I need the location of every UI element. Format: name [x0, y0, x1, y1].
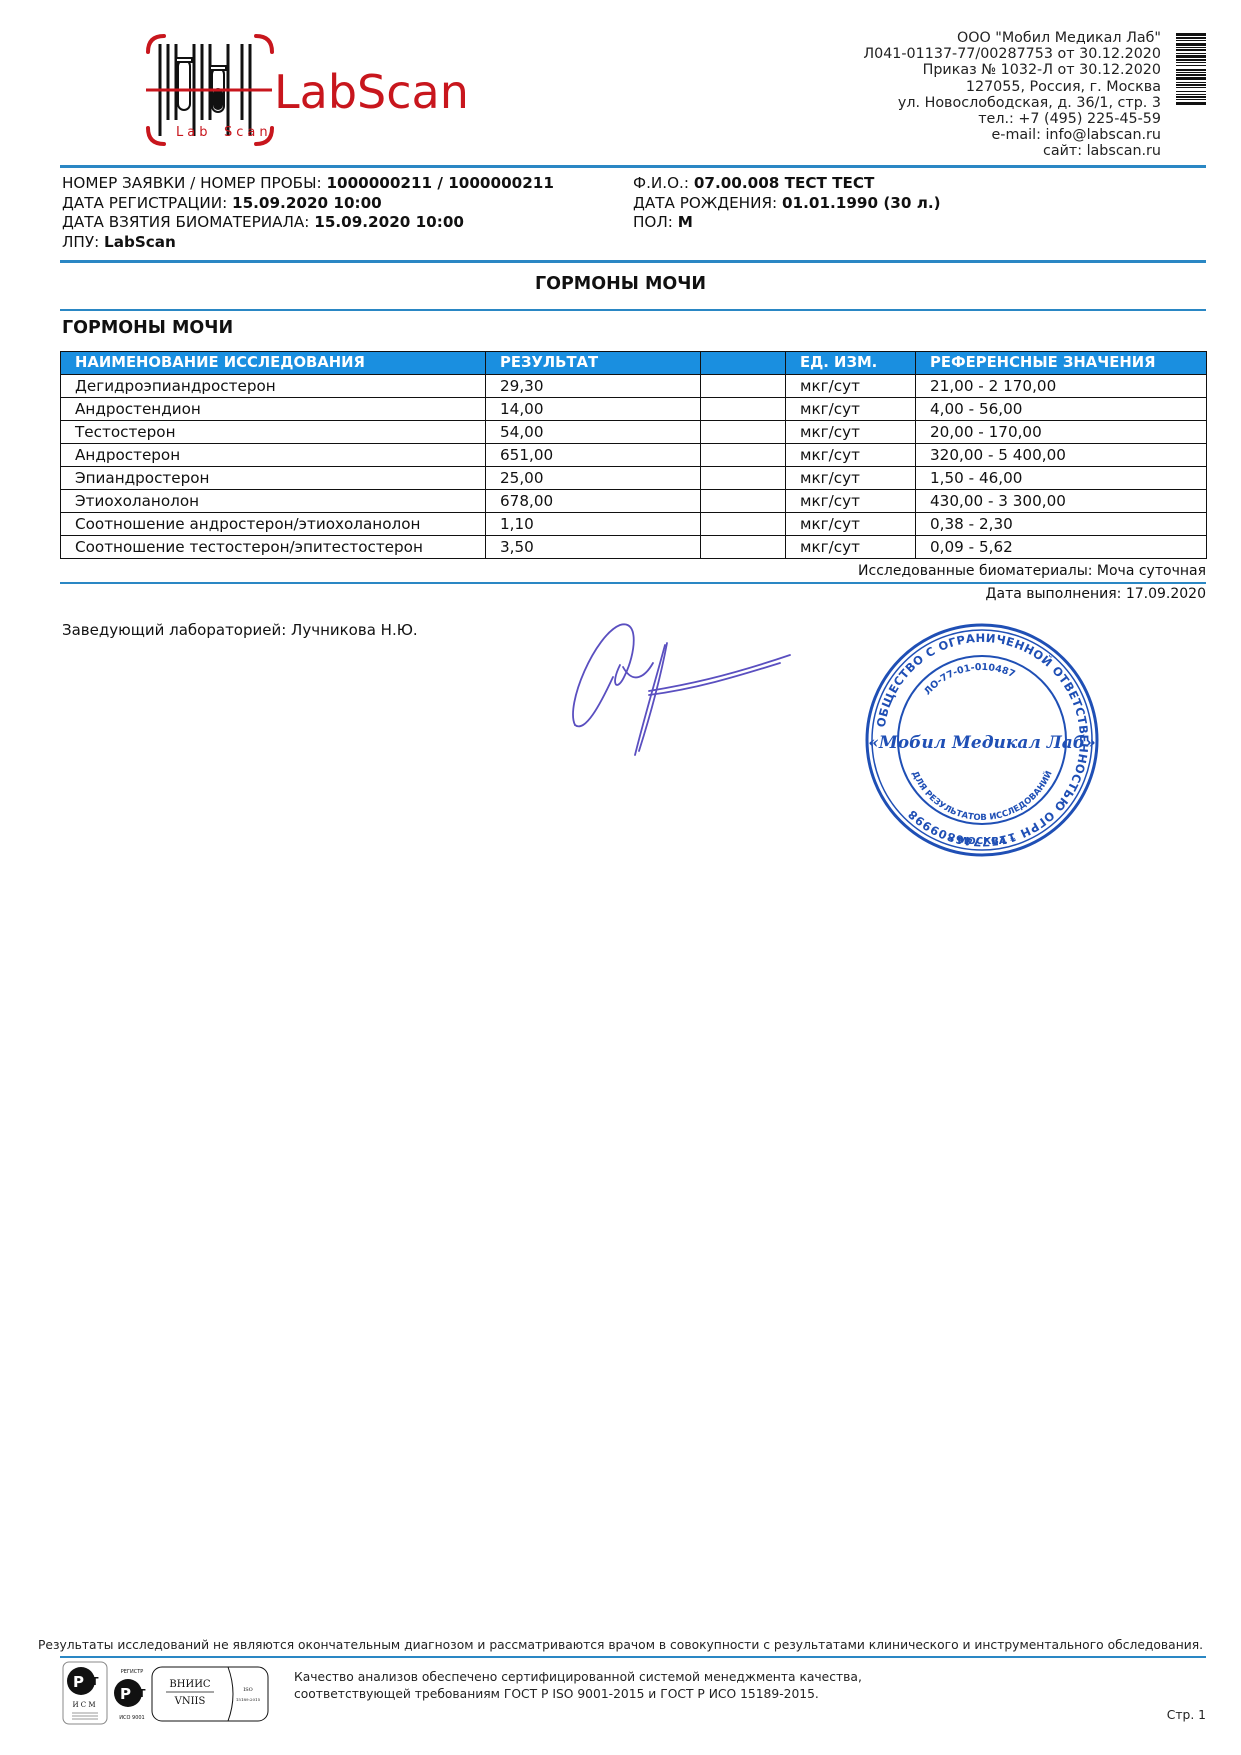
- table-row: Андростендион14,00мкг/сут4,00 - 56,00: [61, 398, 1207, 421]
- disclaimer: Результаты исследований не являются окон…: [0, 1638, 1241, 1652]
- svg-text:РЕГИСТР: РЕГИСТР: [121, 1669, 144, 1675]
- quality-statement: Качество анализов обеспечено сертифициро…: [294, 1669, 862, 1703]
- cell-unit: мкг/сут: [786, 421, 916, 444]
- svg-text:15189:2015: 15189:2015: [236, 1697, 261, 1702]
- cell-reference: 4,00 - 56,00: [916, 398, 1207, 421]
- cell-reference: 320,00 - 5 400,00: [916, 444, 1207, 467]
- table-row: Дегидроэпиандростерон29,30мкг/сут21,00 -…: [61, 375, 1207, 398]
- cell-result: 29,30: [486, 375, 701, 398]
- header-divider: [60, 165, 1206, 168]
- cell-name: Эпиандростерон: [61, 467, 486, 490]
- cell-unit: мкг/сут: [786, 467, 916, 490]
- cell-flag: [701, 398, 786, 421]
- cell-unit: мкг/сут: [786, 490, 916, 513]
- cell-reference: 20,00 - 170,00: [916, 421, 1207, 444]
- cell-unit: мкг/сут: [786, 398, 916, 421]
- table-row: Эпиандростерон25,00мкг/сут1,50 - 46,00: [61, 467, 1207, 490]
- cell-flag: [701, 490, 786, 513]
- footer-divider: [60, 1656, 1206, 1658]
- column-header-unit: ЕД. ИЗМ.: [786, 352, 916, 375]
- signature-icon: [565, 615, 795, 765]
- cell-result: 54,00: [486, 421, 701, 444]
- column-header-reference: РЕФЕРЕНСНЫЕ ЗНАЧЕНИЯ: [916, 352, 1207, 375]
- vniis-logo-icon: ВНИИС VNIIS ISO 15189:2015: [152, 1667, 268, 1721]
- cell-reference: 1,50 - 46,00: [916, 467, 1207, 490]
- org-line: ул. Новослободская, д. 36/1, стр. 3: [863, 95, 1161, 111]
- patient-info: Ф.И.О.: 07.00.008 ТЕСТ ТЕСТ ДАТА РОЖДЕНИ…: [633, 174, 941, 233]
- cell-reference: 0,09 - 5,62: [916, 536, 1207, 559]
- cell-name: Этиохоланолон: [61, 490, 486, 513]
- table-header-row: НАИМЕНОВАНИЕ ИССЛЕДОВАНИЯ РЕЗУЛЬТАТ ЕД. …: [61, 352, 1207, 375]
- cell-reference: 21,00 - 2 170,00: [916, 375, 1207, 398]
- facility: ЛПУ: LabScan: [62, 233, 554, 253]
- cell-unit: мкг/сут: [786, 513, 916, 536]
- registration-date: ДАТА РЕГИСТРАЦИИ: 15.09.2020 10:00: [62, 194, 554, 214]
- order-number: НОМЕР ЗАЯВКИ / НОМЕР ПРОБЫ: 1000000211 /…: [62, 174, 554, 194]
- cell-unit: мкг/сут: [786, 444, 916, 467]
- svg-text:Lab: Lab: [176, 125, 211, 140]
- table-footer-divider: [60, 582, 1206, 584]
- cell-result: 3,50: [486, 536, 701, 559]
- patient-sex: ПОЛ: М: [633, 213, 941, 233]
- cell-reference: 430,00 - 3 300,00: [916, 490, 1207, 513]
- svg-text:P: P: [73, 1673, 84, 1691]
- column-header-result: РЕЗУЛЬТАТ: [486, 352, 701, 375]
- stamp-icon: ОБЩЕСТВО С ОГРАНИЧЕННОЙ ОТВЕТСТВЕННОСТЬЮ…: [862, 620, 1102, 860]
- org-line: сайт: labscan.ru: [863, 143, 1161, 159]
- table-row: Соотношение андростерон/этиохоланолон1,1…: [61, 513, 1207, 536]
- execution-date: Дата выполнения: 17.09.2020: [986, 586, 1206, 602]
- column-header-flag: [701, 352, 786, 375]
- quality-line: соответствующей требованиям ГОСТ Р ISO 9…: [294, 1686, 862, 1703]
- labscan-logo: Lab Scan LabScan: [138, 30, 503, 152]
- svg-text:«Мобил Медикал Лаб»: «Мобил Медикал Лаб»: [868, 733, 1095, 753]
- org-line: тел.: +7 (495) 225-45-59: [863, 111, 1161, 127]
- cell-name: Андростендион: [61, 398, 486, 421]
- table-row: Тестостерон54,00мкг/сут20,00 - 170,00: [61, 421, 1207, 444]
- svg-text:VNIIS: VNIIS: [174, 1696, 206, 1707]
- cell-result: 14,00: [486, 398, 701, 421]
- patient-birthdate: ДАТА РОЖДЕНИЯ: 01.01.1990 (30 л.): [633, 194, 941, 214]
- cell-flag: [701, 375, 786, 398]
- svg-text:ЛО-77-01-010487: ЛО-77-01-010487: [922, 662, 1017, 697]
- svg-text:ДЛЯ РЕЗУЛЬТАТОВ ИССЛЕДОВАНИЙ: ДЛЯ РЕЗУЛЬТАТОВ ИССЛЕДОВАНИЙ: [909, 769, 1054, 823]
- cell-result: 1,10: [486, 513, 701, 536]
- results-table: НАИМЕНОВАНИЕ ИССЛЕДОВАНИЯ РЕЗУЛЬТАТ ЕД. …: [60, 351, 1207, 559]
- column-header-name: НАИМЕНОВАНИЕ ИССЛЕДОВАНИЯ: [61, 352, 486, 375]
- cell-name: Дегидроэпиандростерон: [61, 375, 486, 398]
- svg-text:* МОСКВА *: * МОСКВА *: [949, 836, 1017, 847]
- svg-text:ВНИИС: ВНИИС: [169, 1679, 211, 1690]
- table-row: Андростерон651,00мкг/сут320,00 - 5 400,0…: [61, 444, 1207, 467]
- cell-name: Тестостерон: [61, 421, 486, 444]
- org-line: Приказ № 1032-Л от 30.12.2020: [863, 62, 1161, 78]
- cell-unit: мкг/сут: [786, 536, 916, 559]
- sample-date: ДАТА ВЗЯТИЯ БИОМАТЕРИАЛА: 15.09.2020 10:…: [62, 213, 554, 233]
- cell-name: Соотношение тестостерон/эпитестостерон: [61, 536, 486, 559]
- cell-reference: 0,38 - 2,30: [916, 513, 1207, 536]
- cell-result: 678,00: [486, 490, 701, 513]
- cell-flag: [701, 513, 786, 536]
- rst-registry-logo-icon: РЕГИСТР P T ИСО 9001: [114, 1669, 146, 1721]
- svg-text:И С М: И С М: [72, 1701, 95, 1709]
- section-title: ГОРМОНЫ МОЧИ: [62, 318, 233, 338]
- cell-name: Соотношение андростерон/этиохоланолон: [61, 513, 486, 536]
- cell-unit: мкг/сут: [786, 375, 916, 398]
- certification-logos: P T И С М РЕГИСТР P T ИСО 9001 ВНИИС VNI…: [62, 1661, 272, 1725]
- cell-result: 651,00: [486, 444, 701, 467]
- info-divider: [60, 260, 1206, 263]
- org-line: ООО "Мобил Медикал Лаб": [863, 30, 1161, 46]
- cell-flag: [701, 421, 786, 444]
- org-line: Л041-01137-77/00287753 от 30.12.2020: [863, 46, 1161, 62]
- patient-name: Ф.И.О.: 07.00.008 ТЕСТ ТЕСТ: [633, 174, 941, 194]
- lab-director: Заведующий лабораторией: Лучникова Н.Ю.: [62, 621, 418, 639]
- quality-line: Качество анализов обеспечено сертифициро…: [294, 1669, 862, 1686]
- svg-text:T: T: [138, 1687, 146, 1700]
- svg-text:LabScan: LabScan: [274, 65, 469, 119]
- page-number: Стр. 1: [1167, 1708, 1206, 1722]
- svg-text:ISO: ISO: [243, 1687, 253, 1693]
- rst-ism-logo-icon: P T И С М: [63, 1662, 107, 1724]
- biomaterial-note: Исследованные биоматериалы: Моча суточна…: [858, 563, 1206, 579]
- cell-name: Андростерон: [61, 444, 486, 467]
- svg-text:T: T: [91, 1675, 99, 1688]
- svg-text:Scan: Scan: [224, 125, 272, 140]
- cell-flag: [701, 467, 786, 490]
- org-line: e-mail: info@labscan.ru: [863, 127, 1161, 143]
- order-info: НОМЕР ЗАЯВКИ / НОМЕР ПРОБЫ: 1000000211 /…: [62, 174, 554, 252]
- organization-info: ООО "Мобил Медикал Лаб" Л041-01137-77/00…: [863, 30, 1161, 160]
- table-row: Этиохоланолон678,00мкг/сут430,00 - 3 300…: [61, 490, 1207, 513]
- cell-flag: [701, 536, 786, 559]
- svg-text:P: P: [120, 1685, 131, 1703]
- barcode-test-tube-icon: Lab Scan LabScan: [138, 30, 503, 152]
- report-title: ГОРМОНЫ МОЧИ: [0, 274, 1241, 294]
- barcode-icon: [1176, 33, 1206, 161]
- table-row: Соотношение тестостерон/эпитестостерон3,…: [61, 536, 1207, 559]
- org-line: 127055, Россия, г. Москва: [863, 79, 1161, 95]
- cell-result: 25,00: [486, 467, 701, 490]
- title-divider: [60, 309, 1206, 311]
- cell-flag: [701, 444, 786, 467]
- svg-text:ИСО 9001: ИСО 9001: [119, 1715, 144, 1721]
